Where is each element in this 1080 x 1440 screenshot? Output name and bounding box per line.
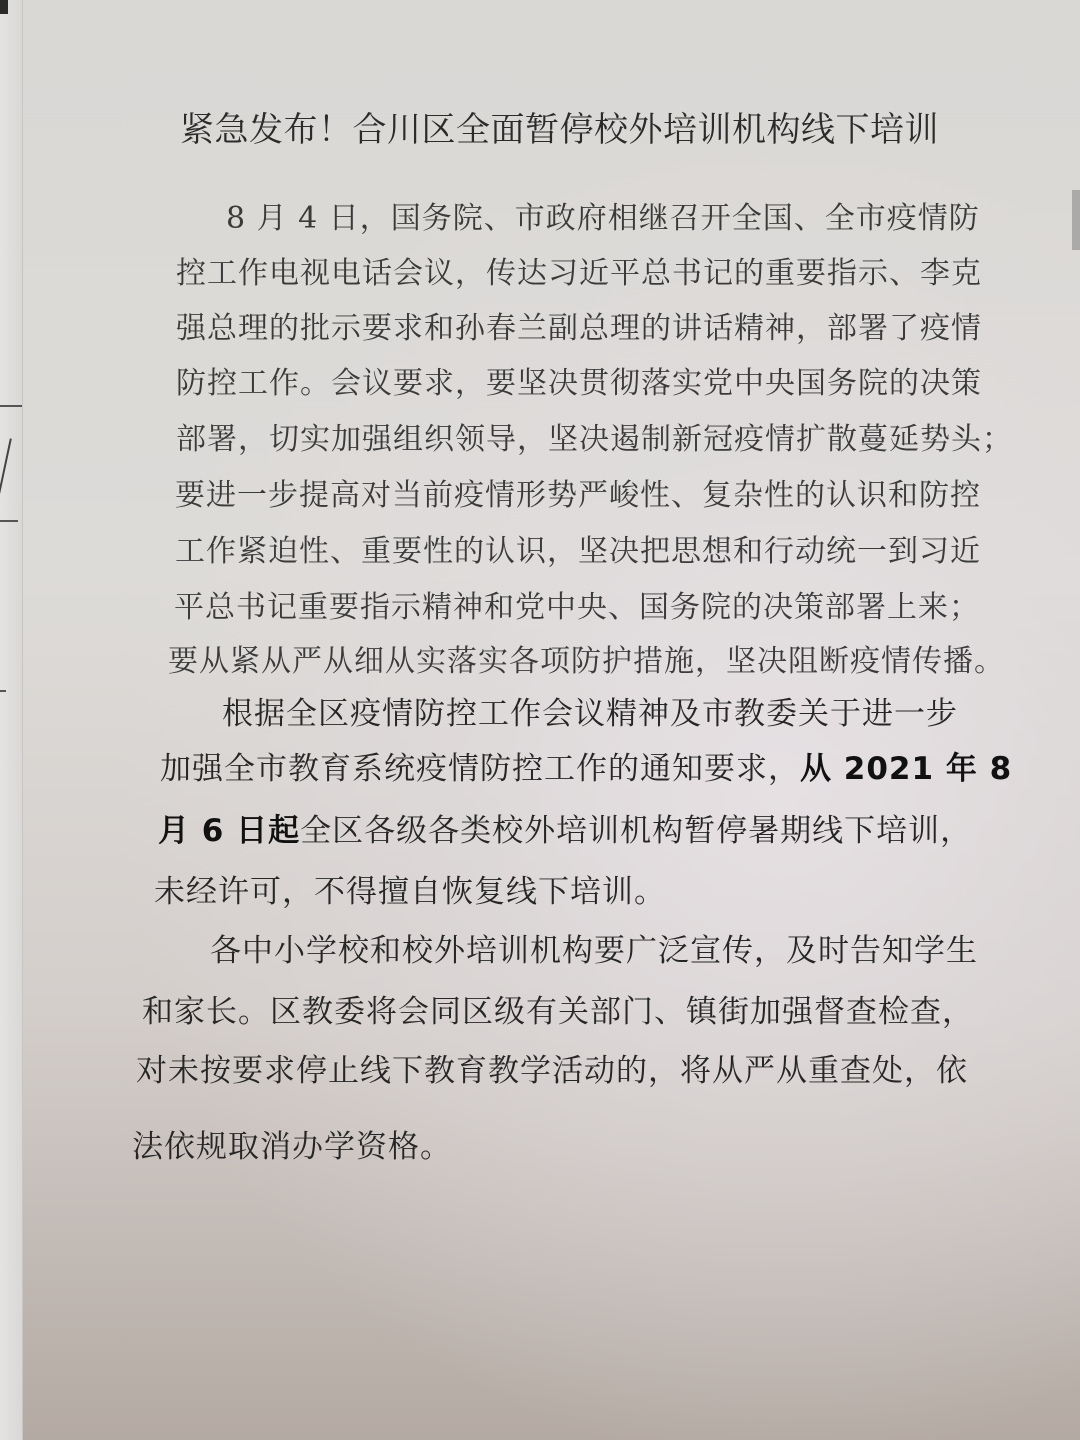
text-segment: 全区各级各类校外培训机构暂停暑期线下培训， bbox=[300, 813, 972, 849]
text-line: 根据全区疫情防控工作会议精神及市教委关于进一步 bbox=[222, 688, 958, 733]
text-line: 防控工作。会议要求，要坚决贯彻落实党中央国务院的决策 bbox=[176, 358, 982, 402]
text-line: 未经许可，不得擅自恢复线下培训。 bbox=[154, 866, 666, 911]
text-line: 强总理的批示要求和孙春兰副总理的讲话精神，部署了疫情 bbox=[176, 303, 982, 347]
text-line: 平总书记重要指示精神和党中央、国务院的决策部署上来； bbox=[174, 582, 980, 626]
text-line: 工作紧迫性、重要性的认识，坚决把思想和行动统一到习近 bbox=[175, 526, 981, 570]
text-line: 法依规取消办学资格。 bbox=[132, 1121, 452, 1166]
dark-corner bbox=[0, 0, 8, 14]
text-line: 控工作电视电话会议，传达习近平总书记的重要指示、李克 bbox=[176, 248, 982, 292]
page-edge-mark bbox=[1072, 190, 1080, 250]
table-rule-line bbox=[0, 405, 22, 407]
text-segment: 加强全市教育系统疫情防控工作的通知要求， bbox=[160, 751, 800, 787]
table-rule-line bbox=[0, 690, 6, 692]
text-line: 8 月 4 日，国务院、市政府相继召开全国、全市疫情防 bbox=[226, 193, 980, 237]
text-line: 加强全市教育系统疫情防控工作的通知要求，从 2021 年 8 bbox=[160, 743, 1012, 788]
handwritten-mark bbox=[0, 438, 12, 493]
text-line: 部署，切实加强组织领导，坚决遏制新冠疫情扩散蔓延势头； bbox=[176, 414, 1013, 458]
effective-date-bold: 月 6 日起 bbox=[158, 813, 300, 849]
text-line: 要进一步提高对当前疫情形势严峻性、复杂性的认识和防控 bbox=[175, 470, 981, 514]
text-line: 对未按要求停止线下教育教学活动的，将从严从重查处，依 bbox=[136, 1045, 968, 1090]
effective-date-bold: 从 2021 年 8 bbox=[800, 751, 1012, 787]
adjacent-page-edge bbox=[0, 0, 23, 1440]
table-rule-line bbox=[0, 520, 18, 522]
text-line: 要从紧从严从细从实落实各项防护措施，坚决阻断疫情传播。 bbox=[168, 636, 1005, 680]
document-title: 紧急发布！合川区全面暂停校外培训机构线下培训 bbox=[180, 102, 920, 151]
text-line: 月 6 日起全区各级各类校外培训机构暂停暑期线下培训， bbox=[158, 805, 972, 850]
text-line: 和家长。区教委将会同区级有关部门、镇街加强督查检查， bbox=[142, 986, 974, 1031]
text-line: 各中小学校和校外培训机构要广泛宣传，及时告知学生 bbox=[210, 925, 978, 970]
